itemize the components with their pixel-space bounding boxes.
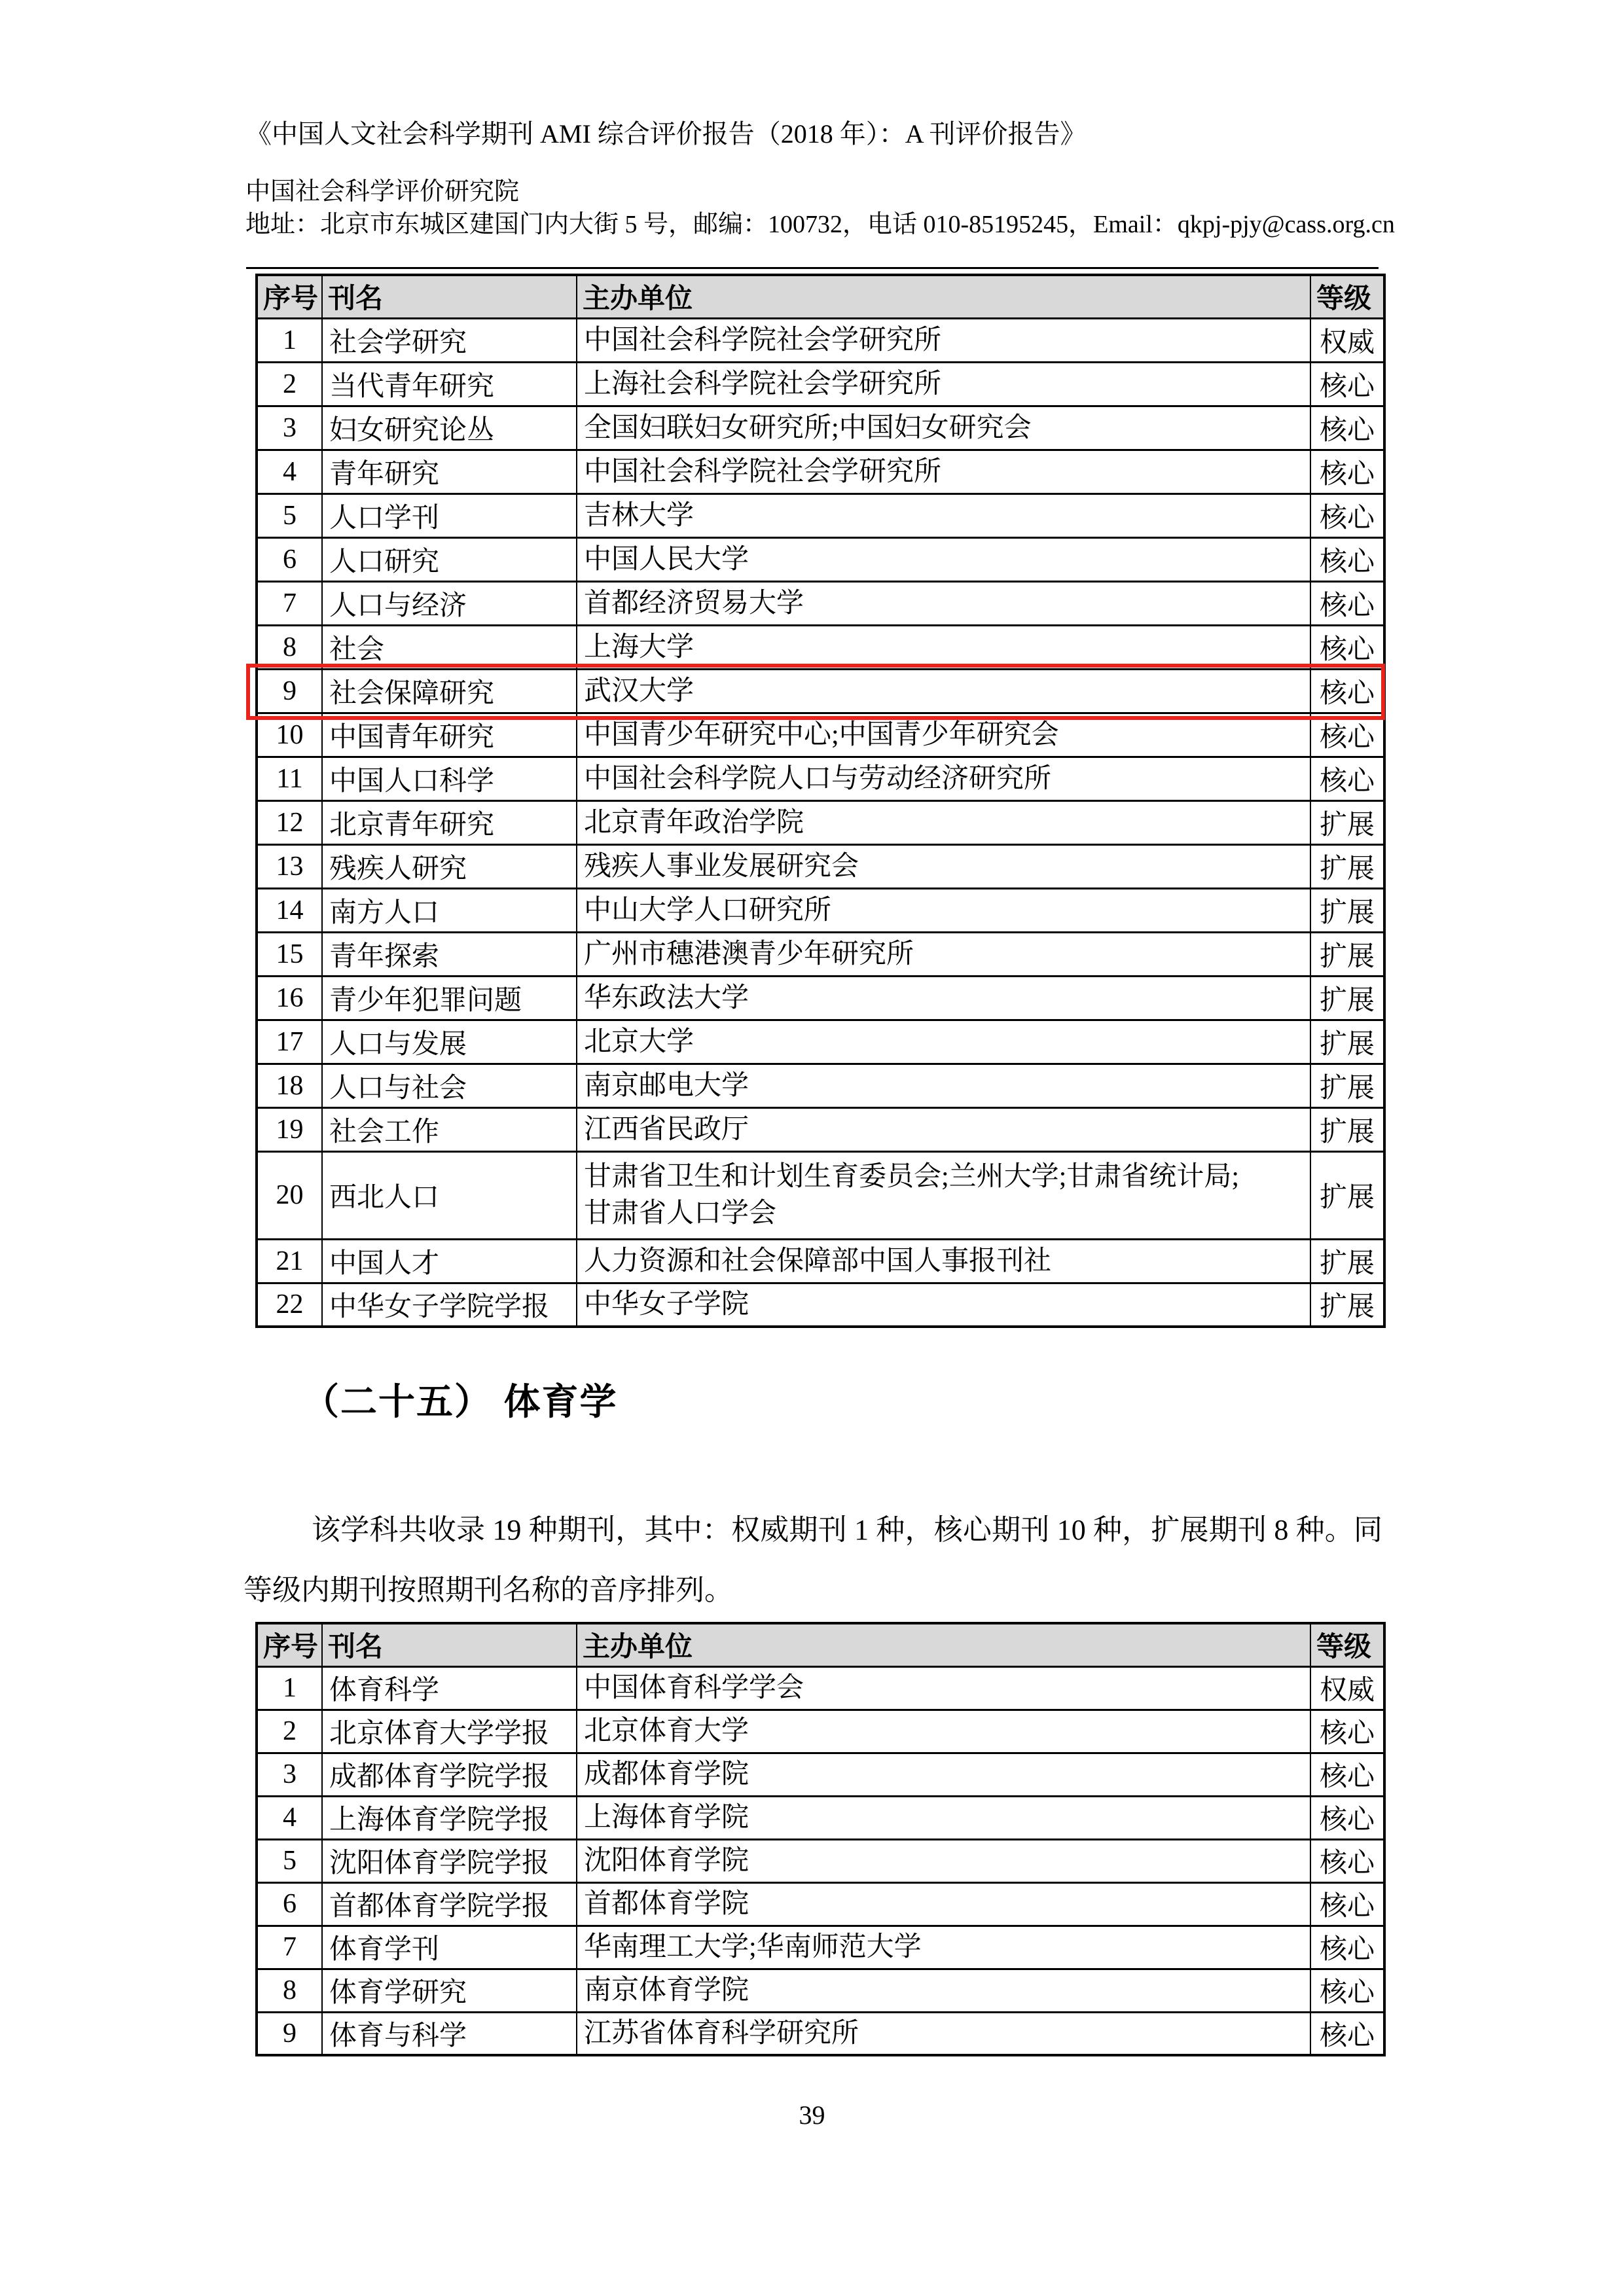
- grade-cell: 核心: [1310, 537, 1384, 581]
- row-number-cell: 15: [257, 932, 322, 976]
- journal-name-cell: 成都体育学院学报: [322, 1753, 577, 1796]
- grade-cell: 扩展: [1310, 1020, 1384, 1064]
- column-header-0: 序号: [257, 1623, 322, 1666]
- row-number-cell: 4: [257, 1796, 322, 1839]
- organizer-cell: 上海社会科学院社会学研究所: [577, 362, 1310, 406]
- organizer-cell: 华南理工大学;华南师范大学: [577, 1926, 1310, 1969]
- journal-name-cell: 残疾人研究: [322, 844, 577, 888]
- grade-cell: 扩展: [1310, 976, 1384, 1020]
- column-header-1: 刊名: [322, 1623, 577, 1666]
- organizer-cell: 北京青年政治学院: [577, 800, 1310, 844]
- table-row: 18人口与社会南京邮电大学扩展: [257, 1064, 1384, 1107]
- table-row: 19社会工作江西省民政厅扩展: [257, 1107, 1384, 1151]
- row-number-cell: 7: [257, 1926, 322, 1969]
- table-row: 20西北人口甘肃省卫生和计划生育委员会;兰州大学;甘肃省统计局; 甘肃省人口学会…: [257, 1151, 1384, 1239]
- row-number-cell: 22: [257, 1283, 322, 1327]
- journal-name-cell: 体育学刊: [322, 1926, 577, 1969]
- column-header-0: 序号: [257, 275, 322, 318]
- journal-name-cell: 北京青年研究: [322, 800, 577, 844]
- row-number-cell: 8: [257, 625, 322, 669]
- organizer-cell: 中山大学人口研究所: [577, 888, 1310, 932]
- column-header-2: 主办单位: [577, 1623, 1310, 1666]
- sports-science-journals-table: 序号刊名主办单位等级1体育科学中国体育科学学会权威2北京体育大学学报北京体育大学…: [255, 1622, 1386, 2056]
- table-row: 16青少年犯罪问题华东政法大学扩展: [257, 976, 1384, 1020]
- table-row: 8社会上海大学核心: [257, 625, 1384, 669]
- grade-cell: 扩展: [1310, 1151, 1384, 1239]
- organizer-cell: 全国妇联妇女研究所;中国妇女研究会: [577, 406, 1310, 450]
- row-number-cell: 21: [257, 1239, 322, 1283]
- organizer-cell: 江西省民政厅: [577, 1107, 1310, 1151]
- row-number-cell: 12: [257, 800, 322, 844]
- grade-cell: 核心: [1310, 1969, 1384, 2012]
- table-row: 1社会学研究中国社会科学院社会学研究所权威: [257, 318, 1384, 362]
- table-row: 7人口与经济首都经济贸易大学核心: [257, 581, 1384, 625]
- organizer-cell: 甘肃省卫生和计划生育委员会;兰州大学;甘肃省统计局; 甘肃省人口学会: [577, 1151, 1310, 1239]
- journal-name-cell: 社会工作: [322, 1107, 577, 1151]
- institute-name: 中国社会科学评价研究院: [245, 178, 519, 206]
- grade-cell: 核心: [1310, 362, 1384, 406]
- grade-cell: 核心: [1310, 406, 1384, 450]
- grade-cell: 扩展: [1310, 800, 1384, 844]
- row-number-cell: 3: [257, 1753, 322, 1796]
- row-number-cell: 6: [257, 1882, 322, 1926]
- organizer-cell: 中国社会科学院人口与劳动经济研究所: [577, 757, 1310, 800]
- table-row: 3妇女研究论丛全国妇联妇女研究所;中国妇女研究会核心: [257, 406, 1384, 450]
- table-row: 21中国人才人力资源和社会保障部中国人事报刊社扩展: [257, 1239, 1384, 1283]
- organizer-cell: 广州市穗港澳青少年研究所: [577, 932, 1310, 976]
- grade-cell: 核心: [1310, 1839, 1384, 1882]
- row-number-cell: 4: [257, 450, 322, 493]
- grade-cell: 扩展: [1310, 1107, 1384, 1151]
- page-number: 39: [0, 2100, 1624, 2130]
- organizer-cell: 首都体育学院: [577, 1882, 1310, 1926]
- row-number-cell: 6: [257, 537, 322, 581]
- table-row: 4上海体育学院学报上海体育学院核心: [257, 1796, 1384, 1839]
- row-number-cell: 2: [257, 362, 322, 406]
- organizer-cell: 中国社会科学院社会学研究所: [577, 318, 1310, 362]
- organizer-cell: 首都经济贸易大学: [577, 581, 1310, 625]
- column-header-3: 等级: [1310, 1623, 1384, 1666]
- row-number-cell: 9: [257, 2012, 322, 2055]
- journal-name-cell: 首都体育学院学报: [322, 1882, 577, 1926]
- row-highlight-box: [246, 664, 1385, 720]
- journal-name-cell: 中华女子学院学报: [322, 1283, 577, 1327]
- table-row: 15青年探索广州市穗港澳青少年研究所扩展: [257, 932, 1384, 976]
- row-number-cell: 18: [257, 1064, 322, 1107]
- table-row: 13残疾人研究残疾人事业发展研究会扩展: [257, 844, 1384, 888]
- organizer-cell: 中国体育科学学会: [577, 1666, 1310, 1710]
- journal-name-cell: 上海体育学院学报: [322, 1796, 577, 1839]
- table-row: 5人口学刊吉林大学核心: [257, 493, 1384, 537]
- table-row: 5沈阳体育学院学报沈阳体育学院核心: [257, 1839, 1384, 1882]
- journal-name-cell: 青少年犯罪问题: [322, 976, 577, 1020]
- row-number-cell: 1: [257, 1666, 322, 1710]
- header-divider: [246, 267, 1379, 269]
- section-heading: （二十五） 体育学: [302, 1382, 618, 1422]
- journal-name-cell: 西北人口: [322, 1151, 577, 1239]
- journal-name-cell: 妇女研究论丛: [322, 406, 577, 450]
- table-row: 2当代青年研究上海社会科学院社会学研究所核心: [257, 362, 1384, 406]
- report-title: 《中国人文社会科学期刊 AMI 综合评价报告（2018 年）：A 刊评价报告》: [245, 120, 1086, 149]
- table-row: 6人口研究中国人民大学核心: [257, 537, 1384, 581]
- table-row: 11中国人口科学中国社会科学院人口与劳动经济研究所核心: [257, 757, 1384, 800]
- header-row: 序号刊名主办单位等级: [257, 275, 1384, 318]
- journal-name-cell: 社会: [322, 625, 577, 669]
- grade-cell: 核心: [1310, 1710, 1384, 1753]
- journal-name-cell: 沈阳体育学院学报: [322, 1839, 577, 1882]
- organizer-cell: 江苏省体育科学研究所: [577, 2012, 1310, 2055]
- table-row: 22中华女子学院学报中华女子学院扩展: [257, 1283, 1384, 1327]
- organizer-cell: 中国人民大学: [577, 537, 1310, 581]
- journal-name-cell: 人口研究: [322, 537, 577, 581]
- journal-name-cell: 人口与发展: [322, 1020, 577, 1064]
- row-number-cell: 20: [257, 1151, 322, 1239]
- table-row: 17人口与发展北京大学扩展: [257, 1020, 1384, 1064]
- grade-cell: 扩展: [1310, 1064, 1384, 1107]
- row-number-cell: 14: [257, 888, 322, 932]
- journal-name-cell: 南方人口: [322, 888, 577, 932]
- organizer-cell: 上海体育学院: [577, 1796, 1310, 1839]
- organizer-cell: 中国社会科学院社会学研究所: [577, 450, 1310, 493]
- organizer-cell: 北京体育大学: [577, 1710, 1310, 1753]
- grade-cell: 核心: [1310, 1882, 1384, 1926]
- table-row: 7体育学刊华南理工大学;华南师范大学核心: [257, 1926, 1384, 1969]
- journal-name-cell: 人口与经济: [322, 581, 577, 625]
- organizer-cell: 成都体育学院: [577, 1753, 1310, 1796]
- organizer-cell: 南京体育学院: [577, 1969, 1310, 2012]
- journal-name-cell: 当代青年研究: [322, 362, 577, 406]
- organizer-cell: 南京邮电大学: [577, 1064, 1310, 1107]
- journal-name-cell: 人口学刊: [322, 493, 577, 537]
- grade-cell: 核心: [1310, 1796, 1384, 1839]
- grade-cell: 核心: [1310, 581, 1384, 625]
- column-header-1: 刊名: [322, 275, 577, 318]
- table-row: 9体育与科学江苏省体育科学研究所核心: [257, 2012, 1384, 2055]
- organizer-cell: 上海大学: [577, 625, 1310, 669]
- column-header-2: 主办单位: [577, 275, 1310, 318]
- row-number-cell: 13: [257, 844, 322, 888]
- organizer-cell: 沈阳体育学院: [577, 1839, 1310, 1882]
- grade-cell: 扩展: [1310, 1283, 1384, 1327]
- row-number-cell: 3: [257, 406, 322, 450]
- column-header-3: 等级: [1310, 275, 1384, 318]
- organizer-cell: 人力资源和社会保障部中国人事报刊社: [577, 1239, 1310, 1283]
- row-number-cell: 5: [257, 1839, 322, 1882]
- journal-name-cell: 中国人才: [322, 1239, 577, 1283]
- journal-name-cell: 人口与社会: [322, 1064, 577, 1107]
- organizer-cell: 华东政法大学: [577, 976, 1310, 1020]
- row-number-cell: 17: [257, 1020, 322, 1064]
- row-number-cell: 1: [257, 318, 322, 362]
- grade-cell: 扩展: [1310, 932, 1384, 976]
- journal-name-cell: 体育科学: [322, 1666, 577, 1710]
- grade-cell: 权威: [1310, 1666, 1384, 1710]
- row-number-cell: 2: [257, 1710, 322, 1753]
- table-row: 12北京青年研究北京青年政治学院扩展: [257, 800, 1384, 844]
- grade-cell: 核心: [1310, 757, 1384, 800]
- table-row: 8体育学研究南京体育学院核心: [257, 1969, 1384, 2012]
- table-row: 3成都体育学院学报成都体育学院核心: [257, 1753, 1384, 1796]
- journal-name-cell: 体育与科学: [322, 2012, 577, 2055]
- grade-cell: 核心: [1310, 2012, 1384, 2055]
- row-number-cell: 8: [257, 1969, 322, 2012]
- section-paragraph: 该学科共收录 19 种期刊，其中：权威期刊 1 种，核心期刊 10 种，扩展期刊…: [244, 1500, 1382, 1621]
- row-number-cell: 16: [257, 976, 322, 1020]
- organizer-cell: 中华女子学院: [577, 1283, 1310, 1327]
- journal-name-cell: 中国人口科学: [322, 757, 577, 800]
- grade-cell: 核心: [1310, 1753, 1384, 1796]
- row-number-cell: 7: [257, 581, 322, 625]
- grade-cell: 扩展: [1310, 888, 1384, 932]
- organizer-cell: 北京大学: [577, 1020, 1310, 1064]
- grade-cell: 扩展: [1310, 1239, 1384, 1283]
- journal-name-cell: 北京体育大学学报: [322, 1710, 577, 1753]
- row-number-cell: 11: [257, 757, 322, 800]
- table-row: 1体育科学中国体育科学学会权威: [257, 1666, 1384, 1710]
- document-page: 《中国人文社会科学期刊 AMI 综合评价报告（2018 年）：A 刊评价报告》 …: [0, 0, 1624, 2296]
- organizer-cell: 残疾人事业发展研究会: [577, 844, 1310, 888]
- grade-cell: 核心: [1310, 625, 1384, 669]
- row-number-cell: 5: [257, 493, 322, 537]
- journal-name-cell: 社会学研究: [322, 318, 577, 362]
- table-row: 14南方人口中山大学人口研究所扩展: [257, 888, 1384, 932]
- table-row: 6首都体育学院学报首都体育学院核心: [257, 1882, 1384, 1926]
- journal-name-cell: 体育学研究: [322, 1969, 577, 2012]
- grade-cell: 核心: [1310, 450, 1384, 493]
- header-row: 序号刊名主办单位等级: [257, 1623, 1384, 1666]
- table-row: 2北京体育大学学报北京体育大学核心: [257, 1710, 1384, 1753]
- grade-cell: 核心: [1310, 493, 1384, 537]
- journal-name-cell: 青年研究: [322, 450, 577, 493]
- grade-cell: 扩展: [1310, 844, 1384, 888]
- organizer-cell: 吉林大学: [577, 493, 1310, 537]
- journal-name-cell: 青年探索: [322, 932, 577, 976]
- grade-cell: 权威: [1310, 318, 1384, 362]
- address-line: 地址：北京市东城区建国门内大街 5 号，邮编：100732，电话 010-851…: [245, 211, 1395, 238]
- grade-cell: 核心: [1310, 1926, 1384, 1969]
- table-row: 4青年研究中国社会科学院社会学研究所核心: [257, 450, 1384, 493]
- row-number-cell: 19: [257, 1107, 322, 1151]
- sociology-journals-table: 序号刊名主办单位等级1社会学研究中国社会科学院社会学研究所权威2当代青年研究上海…: [255, 274, 1386, 1328]
